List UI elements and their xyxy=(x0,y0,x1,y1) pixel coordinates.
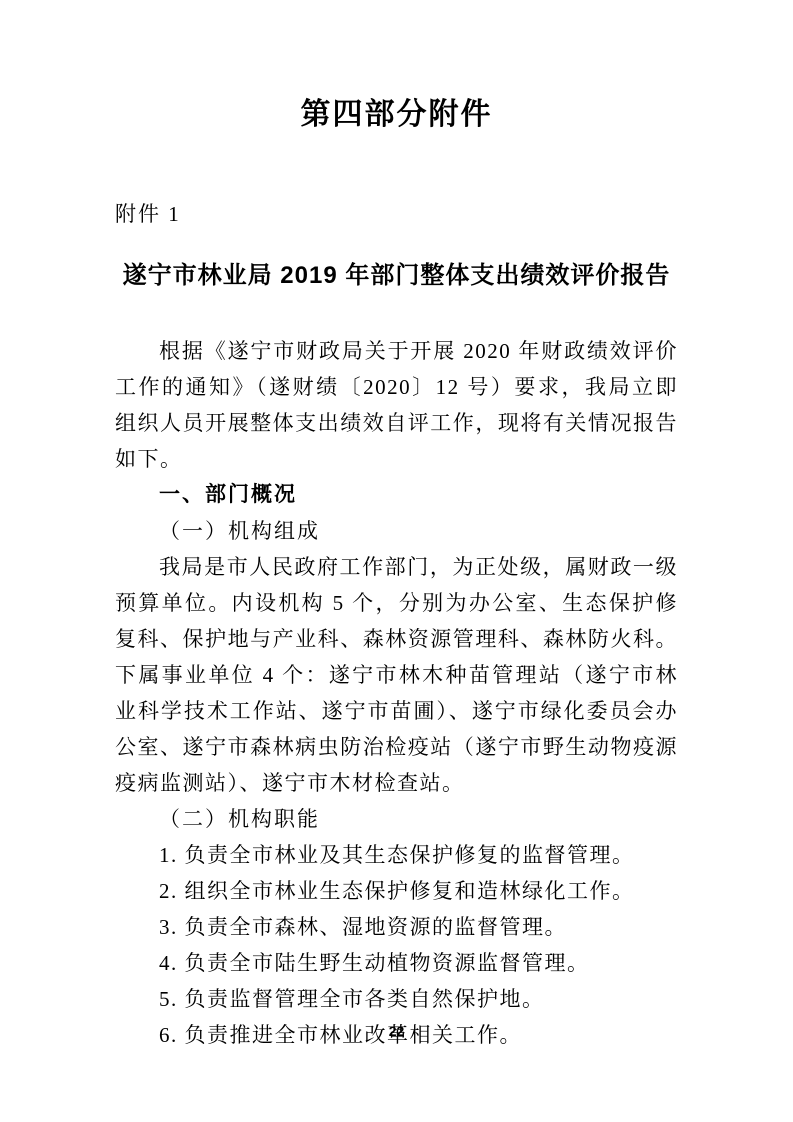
subheading-org-functions: （二）机构职能 xyxy=(115,801,678,837)
page-number: 22 xyxy=(0,1022,793,1040)
duty-item-3: 3. 负责全市森林、湿地资源的监督管理。 xyxy=(115,909,678,945)
duty-item-5: 5. 负责监督管理全市各类自然保护地。 xyxy=(115,981,678,1017)
duty-item-4: 4. 负责全市陆生野生动植物资源监督管理。 xyxy=(115,945,678,981)
intro-paragraph: 根据《遂宁市财政局关于开展 2020 年财政绩效评价工作的通知》（遂财绩〔202… xyxy=(115,333,678,477)
document-page: 第四部分附件 附件 1 遂宁市林业局 2019 年部门整体支出绩效评价报告 根据… xyxy=(0,0,793,1122)
org-composition-paragraph: 我局是市人民政府工作部门，为正处级，属财政一级预算单位。内设机构 5 个，分别为… xyxy=(115,549,678,801)
attachment-label: 附件 1 xyxy=(115,199,678,229)
heading-dept-overview: 一、部门概况 xyxy=(115,477,678,513)
duty-item-1: 1. 负责全市林业及其生态保护修复的监督管理。 xyxy=(115,837,678,873)
duty-item-2: 2. 组织全市林业生态保护修复和造林绿化工作。 xyxy=(115,873,678,909)
report-title: 遂宁市林业局 2019 年部门整体支出绩效评价报告 xyxy=(115,259,678,293)
section-title: 第四部分附件 xyxy=(115,97,678,133)
report-body: 根据《遂宁市财政局关于开展 2020 年财政绩效评价工作的通知》（遂财绩〔202… xyxy=(115,333,678,1053)
subheading-org-composition: （一）机构组成 xyxy=(115,513,678,549)
